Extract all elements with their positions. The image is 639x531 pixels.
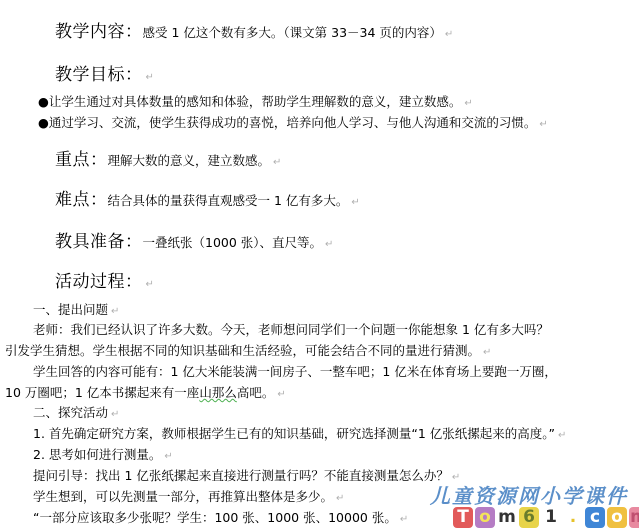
paragraph-mark-icon: ↵ — [164, 451, 172, 462]
step-two: 2. 思考如何进行测量。↵ — [33, 445, 173, 463]
paragraph-mark-icon: ↵ — [464, 98, 472, 109]
paragraph-mark-icon: ↵ — [336, 493, 344, 504]
paragraph-text: “一部分应该取多少张呢？学生：100 张、1000 张、10000 张。 — [33, 510, 397, 525]
spellcheck-underline-text: 山那么 — [199, 385, 237, 400]
paragraph-mark-icon: ↵ — [146, 279, 155, 290]
teaching-content-line: 教学内容：感受 1 亿这个数有多大。（课文第 33－34 页的内容）↵ — [55, 17, 454, 42]
logo-tile: 1 — [541, 507, 561, 528]
paragraph-mark-icon: ↵ — [111, 409, 119, 420]
key-point-label: 重点： — [55, 150, 108, 170]
logo-tile: m — [497, 507, 517, 528]
materials-text: 一叠纸张（1000 张）、直尺等。 — [143, 235, 323, 250]
paragraph-mark-icon: ↵ — [445, 29, 454, 40]
paragraph-text: 学生回答的内容可能有：1 亿大米能装满一间房子、一整车吧；1 亿米在体育场上要跑… — [33, 364, 557, 379]
paragraph-text: 老师：我们已经认识了许多大数。今天，老师想问同学们一个问题一你能想象 1 亿有多… — [33, 322, 549, 337]
paragraph-mark-icon: ↵ — [325, 239, 334, 250]
difficulty-label: 难点： — [55, 190, 108, 210]
paragraph-mark-icon: ↵ — [558, 430, 566, 441]
paragraph-mark-icon: ↵ — [277, 389, 285, 400]
teaching-goals-heading: 教学目标：↵ — [55, 60, 154, 85]
paragraph-text: 高吧。 — [237, 385, 275, 400]
paragraph-text: 1. 首先确定研究方案，教师根据学生已有的知识基础，研究选择测量“1 亿张纸摞起… — [33, 426, 555, 441]
goal-item-2: ●通过学习、交流，使学生获得成功的喜悦，培养向他人学习、与他人沟通和交流的习惯。… — [38, 113, 548, 131]
goal-text: ●让学生通过对具体数量的感知和体验，帮助学生理解数的意义，建立数感。 — [38, 94, 461, 109]
watermark-logo: T o m 6 1 . c o m — [453, 507, 639, 528]
key-point-line: 重点：理解大数的意义，建立数感。↵ — [55, 145, 282, 170]
materials-label: 教具准备： — [55, 232, 143, 252]
student-answers: 学生回答的内容可能有：1 亿大米能装满一间房子、一整车吧；1 亿米在体育场上要跑… — [33, 362, 557, 380]
logo-tile: m — [629, 507, 639, 528]
materials-line: 教具准备：一叠纸张（1000 张）、直尺等。↵ — [55, 227, 334, 252]
student-idea: 学生想到，可以先测量一部分，再推算出整体是多少。↵ — [33, 487, 344, 505]
teaching-goals-label: 教学目标： — [55, 65, 143, 85]
logo-tile: T — [453, 507, 473, 528]
section-title-text: 二、探究活动 — [33, 405, 108, 420]
teaching-content-text: 感受 1 亿这个数有多大。（课文第 33－34 页的内容） — [143, 25, 442, 40]
paragraph-text: 2. 思考如何进行测量。 — [33, 447, 161, 462]
teacher-question: 老师：我们已经认识了许多大数。今天，老师想问同学们一个问题一你能想象 1 亿有多… — [33, 320, 549, 338]
difficulty-text: 结合具体的量获得直观感受一 1 亿有多大。 — [108, 193, 349, 208]
paragraph-text: 学生想到，可以先测量一部分，再推算出整体是多少。 — [33, 489, 333, 504]
paragraph-mark-icon: ↵ — [400, 514, 408, 525]
key-point-text: 理解大数的意义，建立数感。 — [108, 153, 271, 168]
process-heading: 活动过程：↵ — [55, 267, 154, 292]
teaching-content-label: 教学内容： — [55, 22, 143, 42]
logo-tile: . — [563, 507, 583, 528]
watermark-text: 儿童资源网小学课件 — [430, 480, 628, 509]
section-two-title: 二、探究活动↵ — [33, 403, 119, 421]
paragraph-text: 引发学生猜想。学生根据不同的知识基础和生活经验，可能会结合不同的量进行猜测。 — [5, 343, 480, 358]
paragraph-mark-icon: ↵ — [483, 347, 491, 358]
difficulty-line: 难点：结合具体的量获得直观感受一 1 亿有多大。↵ — [55, 185, 360, 210]
process-label: 活动过程： — [55, 272, 143, 292]
logo-tile: c — [585, 507, 605, 528]
paragraph-mark-icon: ↵ — [351, 197, 360, 208]
step-one: 1. 首先确定研究方案，教师根据学生已有的知识基础，研究选择测量“1 亿张纸摞起… — [33, 424, 566, 442]
guiding-question: 提问引导：找出 1 亿张纸摞起来直接进行测量行吗？不能直接测量怎么办？↵ — [33, 466, 460, 484]
paragraph-mark-icon: ↵ — [111, 306, 119, 317]
section-title-text: 一、提出问题 — [33, 302, 108, 317]
teacher-question-cont: 引发学生猜想。学生根据不同的知识基础和生活经验，可能会结合不同的量进行猜测。↵ — [5, 341, 491, 359]
logo-tile: o — [607, 507, 627, 528]
section-one-title: 一、提出问题↵ — [33, 300, 119, 318]
paragraph-mark-icon: ↵ — [273, 157, 282, 168]
goal-text: ●通过学习、交流，使学生获得成功的喜悦，培养向他人学习、与他人沟通和交流的习惯。 — [38, 115, 536, 130]
goal-item-1: ●让学生通过对具体数量的感知和体验，帮助学生理解数的意义，建立数感。↵ — [38, 92, 473, 110]
paragraph-text: 10 万圈吧；1 亿本书摞起来有一座 — [5, 385, 199, 400]
sample-size-question: “一部分应该取多少张呢？学生：100 张、1000 张、10000 张。↵ — [33, 508, 408, 526]
logo-tile: o — [475, 507, 495, 528]
student-answers-cont: 10 万圈吧；1 亿本书摞起来有一座山那么高吧。↵ — [5, 383, 286, 401]
paragraph-mark-icon: ↵ — [539, 119, 547, 130]
paragraph-text: 提问引导：找出 1 亿张纸摞起来直接进行测量行吗？不能直接测量怎么办？ — [33, 468, 449, 483]
logo-tile: 6 — [519, 507, 539, 528]
paragraph-mark-icon: ↵ — [146, 72, 155, 83]
